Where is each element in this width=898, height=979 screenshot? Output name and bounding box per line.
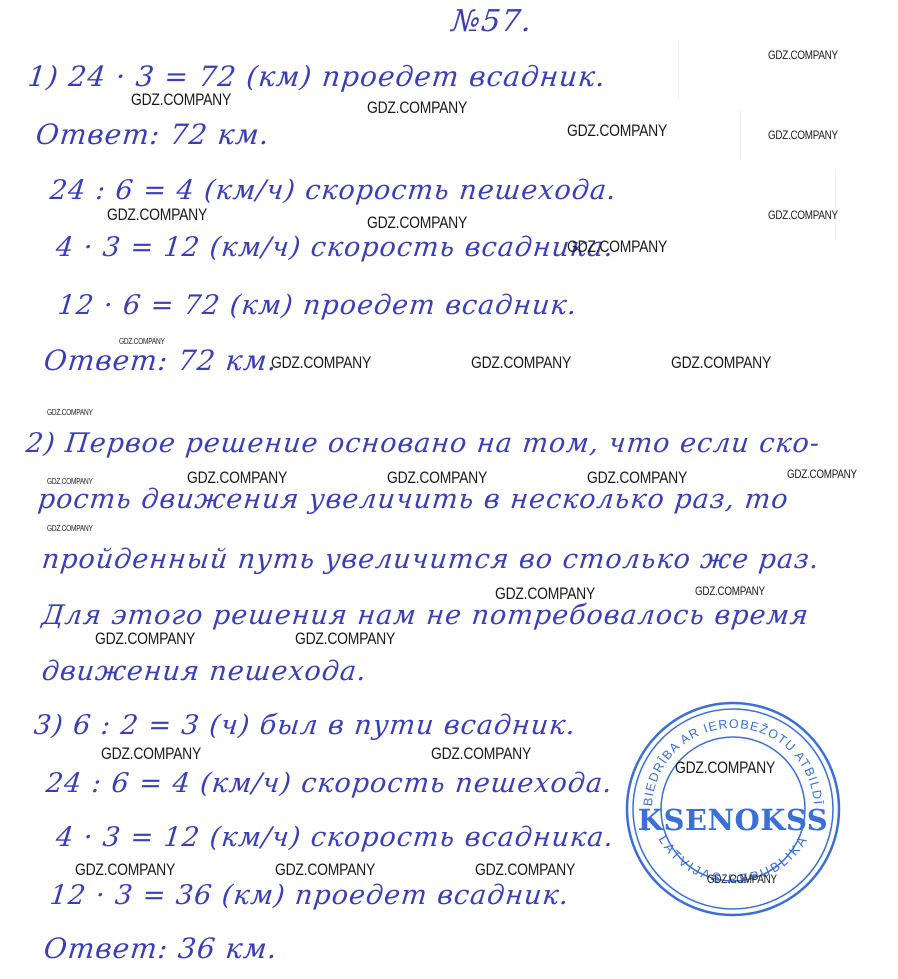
watermark: GDZ.COMPANY <box>768 208 838 222</box>
watermark: GDZ.COMPANY <box>47 477 93 486</box>
watermark: GDZ.COMPANY <box>675 758 775 778</box>
watermark: GDZ.COMPANY <box>695 584 765 598</box>
watermark: GDZ.COMPANY <box>567 121 667 141</box>
watermark: GDZ.COMPANY <box>471 353 571 373</box>
watermark: GDZ.COMPANY <box>107 205 207 225</box>
watermark: GDZ.COMPANY <box>787 467 857 481</box>
company-stamp: SABIEDRĪBA AR IEROBEŽOTU ATBILDĪBU LATVI… <box>622 698 844 920</box>
part3-line3: 4 · 3 = 12 (км/ч) скорость всадника. <box>54 822 615 853</box>
part1-line3: 4 · 3 = 12 (км/ч) скорость всадника. <box>54 232 615 263</box>
part1-line1: 1) 24 · 3 = 72 (км) проедет всадник. <box>26 60 607 93</box>
part3-line1: 3) 6 : 2 = 3 (ч) был в пути всадник. <box>32 710 577 741</box>
watermark: GDZ.COMPANY <box>431 744 531 764</box>
part1-line2: 24 : 6 = 4 (км/ч) скорость пешехода. <box>48 175 618 206</box>
watermark: GDZ.COMPANY <box>47 524 93 533</box>
part1-answer2: Ответ: 72 км. <box>42 344 279 377</box>
part2-line2: рость движения увеличить в несколько раз… <box>36 484 790 515</box>
stamp-center-text: KSENOKSS <box>638 803 828 837</box>
watermark: GDZ.COMPANY <box>75 860 175 880</box>
watermark: GDZ.COMPANY <box>387 468 487 488</box>
grid-line <box>740 110 741 160</box>
watermark: GDZ.COMPANY <box>587 468 687 488</box>
grid-line <box>835 170 836 240</box>
watermark: GDZ.COMPANY <box>95 629 195 649</box>
svg-text:SABIEDRĪBA AR IEROBEŽOTU ATBIL: SABIEDRĪBA AR IEROBEŽOTU ATBILDĪBU <box>622 698 825 807</box>
watermark: GDZ.COMPANY <box>707 872 777 886</box>
part3-line4: 12 · 3 = 36 (км) проедет всадник. <box>48 880 571 911</box>
watermark: GDZ.COMPANY <box>47 408 93 417</box>
part2-line4: Для этого решения нам не потребовалось в… <box>40 600 810 631</box>
watermark: GDZ.COMPANY <box>101 744 201 764</box>
watermark: GDZ.COMPANY <box>295 629 395 649</box>
watermark: GDZ.COMPANY <box>131 90 231 110</box>
watermark: GDZ.COMPANY <box>367 213 467 233</box>
watermark: GDZ.COMPANY <box>119 337 165 346</box>
watermark: GDZ.COMPANY <box>768 128 838 142</box>
problem-number: №57. <box>450 4 534 39</box>
part1-answer1: Ответ: 72 км. <box>34 118 271 151</box>
grid-line <box>678 40 679 100</box>
part3-line2: 24 : 6 = 4 (км/ч) скорость пешехода. <box>44 768 614 799</box>
part3-answer: Ответ: 36 км. <box>42 932 279 965</box>
part1-line4: 12 · 6 = 72 (км) проедет всадник. <box>56 290 579 321</box>
watermark: GDZ.COMPANY <box>671 353 771 373</box>
watermark: GDZ.COMPANY <box>187 468 287 488</box>
watermark: GDZ.COMPANY <box>768 48 838 62</box>
watermark: GDZ.COMPANY <box>271 353 371 373</box>
watermark: GDZ.COMPANY <box>367 98 467 118</box>
part2-line3: пройденный путь увеличится во столько же… <box>40 544 821 575</box>
part2-line5: движения пешехода. <box>40 656 368 687</box>
watermark: GDZ.COMPANY <box>275 860 375 880</box>
watermark: GDZ.COMPANY <box>475 860 575 880</box>
watermark: GDZ.COMPANY <box>567 237 667 257</box>
stamp-top-arc: SABIEDRĪBA AR IEROBEŽOTU ATBILDĪBU <box>622 698 825 807</box>
part2-line1: 2) Первое решение основано на том, что е… <box>24 428 821 459</box>
watermark: GDZ.COMPANY <box>495 584 595 604</box>
